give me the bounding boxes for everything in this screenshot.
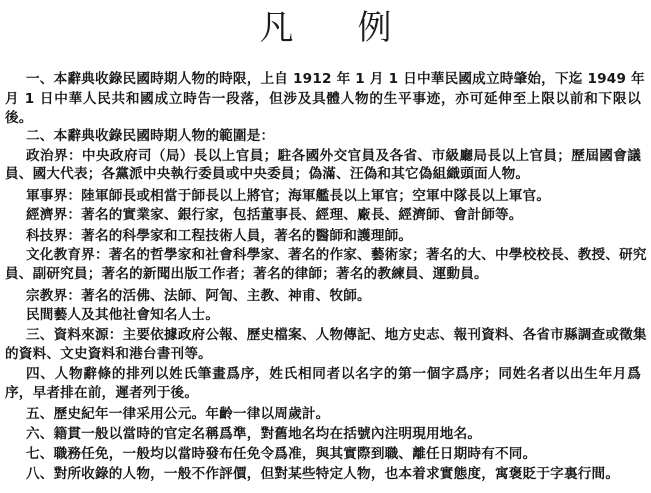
science-line: 科技界：著名的科學家和工程技術人員，著名的醫師和護理師。 xyxy=(0,227,651,245)
paragraph-1-line-1: 一、本辭典收錄民國時期人物的時限，上自 1912 年 1 月 1 日中華民國成立… xyxy=(0,70,641,88)
paragraph-2-line-1: 二、本辭典收錄民國時期人物的範圍是： xyxy=(0,127,651,145)
culture-line-2: 員、副研究員；著名的新聞出版工作者；著名的律師；著名的教練員、運動員。 xyxy=(0,265,651,283)
paragraph-1-line-3: 後。 xyxy=(0,109,651,127)
title-char-2: 例 xyxy=(358,8,392,48)
military-line: 軍事界：陸軍師長或相當于師長以上將官；海軍艦長以上軍官；空軍中隊長以上軍官。 xyxy=(0,187,651,205)
paragraph-7-line: 七、職務任免，一般均以當時發布任免令爲准，與其實際到職、離任日期時有不同。 xyxy=(0,445,651,463)
politics-line-2: 員、國大代表；各黨派中央執行委員或中央委員；偽滿、汪偽和其它偽組織頭面人物。 xyxy=(0,165,651,183)
religion-line: 宗教界：著名的活佛、法師、阿訇、主教、神甫、牧師。 xyxy=(0,287,651,305)
paragraph-1-line-2: 月 1 日中華人民共和國成立時告一段落，但涉及具體人物的生平事迹，亦可延伸至上限… xyxy=(0,90,641,108)
paragraph-8-line: 八、對所收錄的人物，一般不作評價，但對某些特定人物，也本着求實態度，寓褒貶于字裏… xyxy=(0,465,651,483)
paragraph-6-line: 六、籍貫一般以當時的官定名稱爲準，對舊地名均在括號內注明現用地名。 xyxy=(0,425,651,443)
paragraph-3-line-1: 三、資料來源：主要依據政府公報、歷史檔案、人物傳記、地方史志、報刊資料、各省市縣… xyxy=(0,326,641,344)
economy-line: 經濟界：著名的實業家、銀行家，包括董事長、經理、廠長、經濟師、會計師等。 xyxy=(0,206,651,224)
paragraph-4-line-2: 序，早者排在前，遲者列于後。 xyxy=(0,384,651,402)
paragraph-4-line-1: 四、人物辭條的排列以姓氏筆畫爲序，姓氏相同者以名字的第一個字爲序；同姓名者以出生… xyxy=(0,365,641,383)
paragraph-5-line: 五、歷史紀年一律采用公元。年齡一律以周歲計。 xyxy=(0,405,651,423)
culture-line-1: 文化教育界：著名的哲學家和社會科學家、著名的作家、藝術家；著名的大、中學校校長、… xyxy=(0,246,641,264)
paragraph-3-line-2: 的資料、文史資料和港台書刊等。 xyxy=(0,345,651,363)
politics-line-1: 政治界：中央政府司（局）長以上官員；駐各國外交官員及各省、市級廳局長以上官員；歷… xyxy=(0,147,641,165)
page-title: 凡例 xyxy=(0,8,651,48)
folk-line: 民間藝人及其他社會知名人士。 xyxy=(0,306,651,324)
title-char-1: 凡 xyxy=(260,8,294,48)
